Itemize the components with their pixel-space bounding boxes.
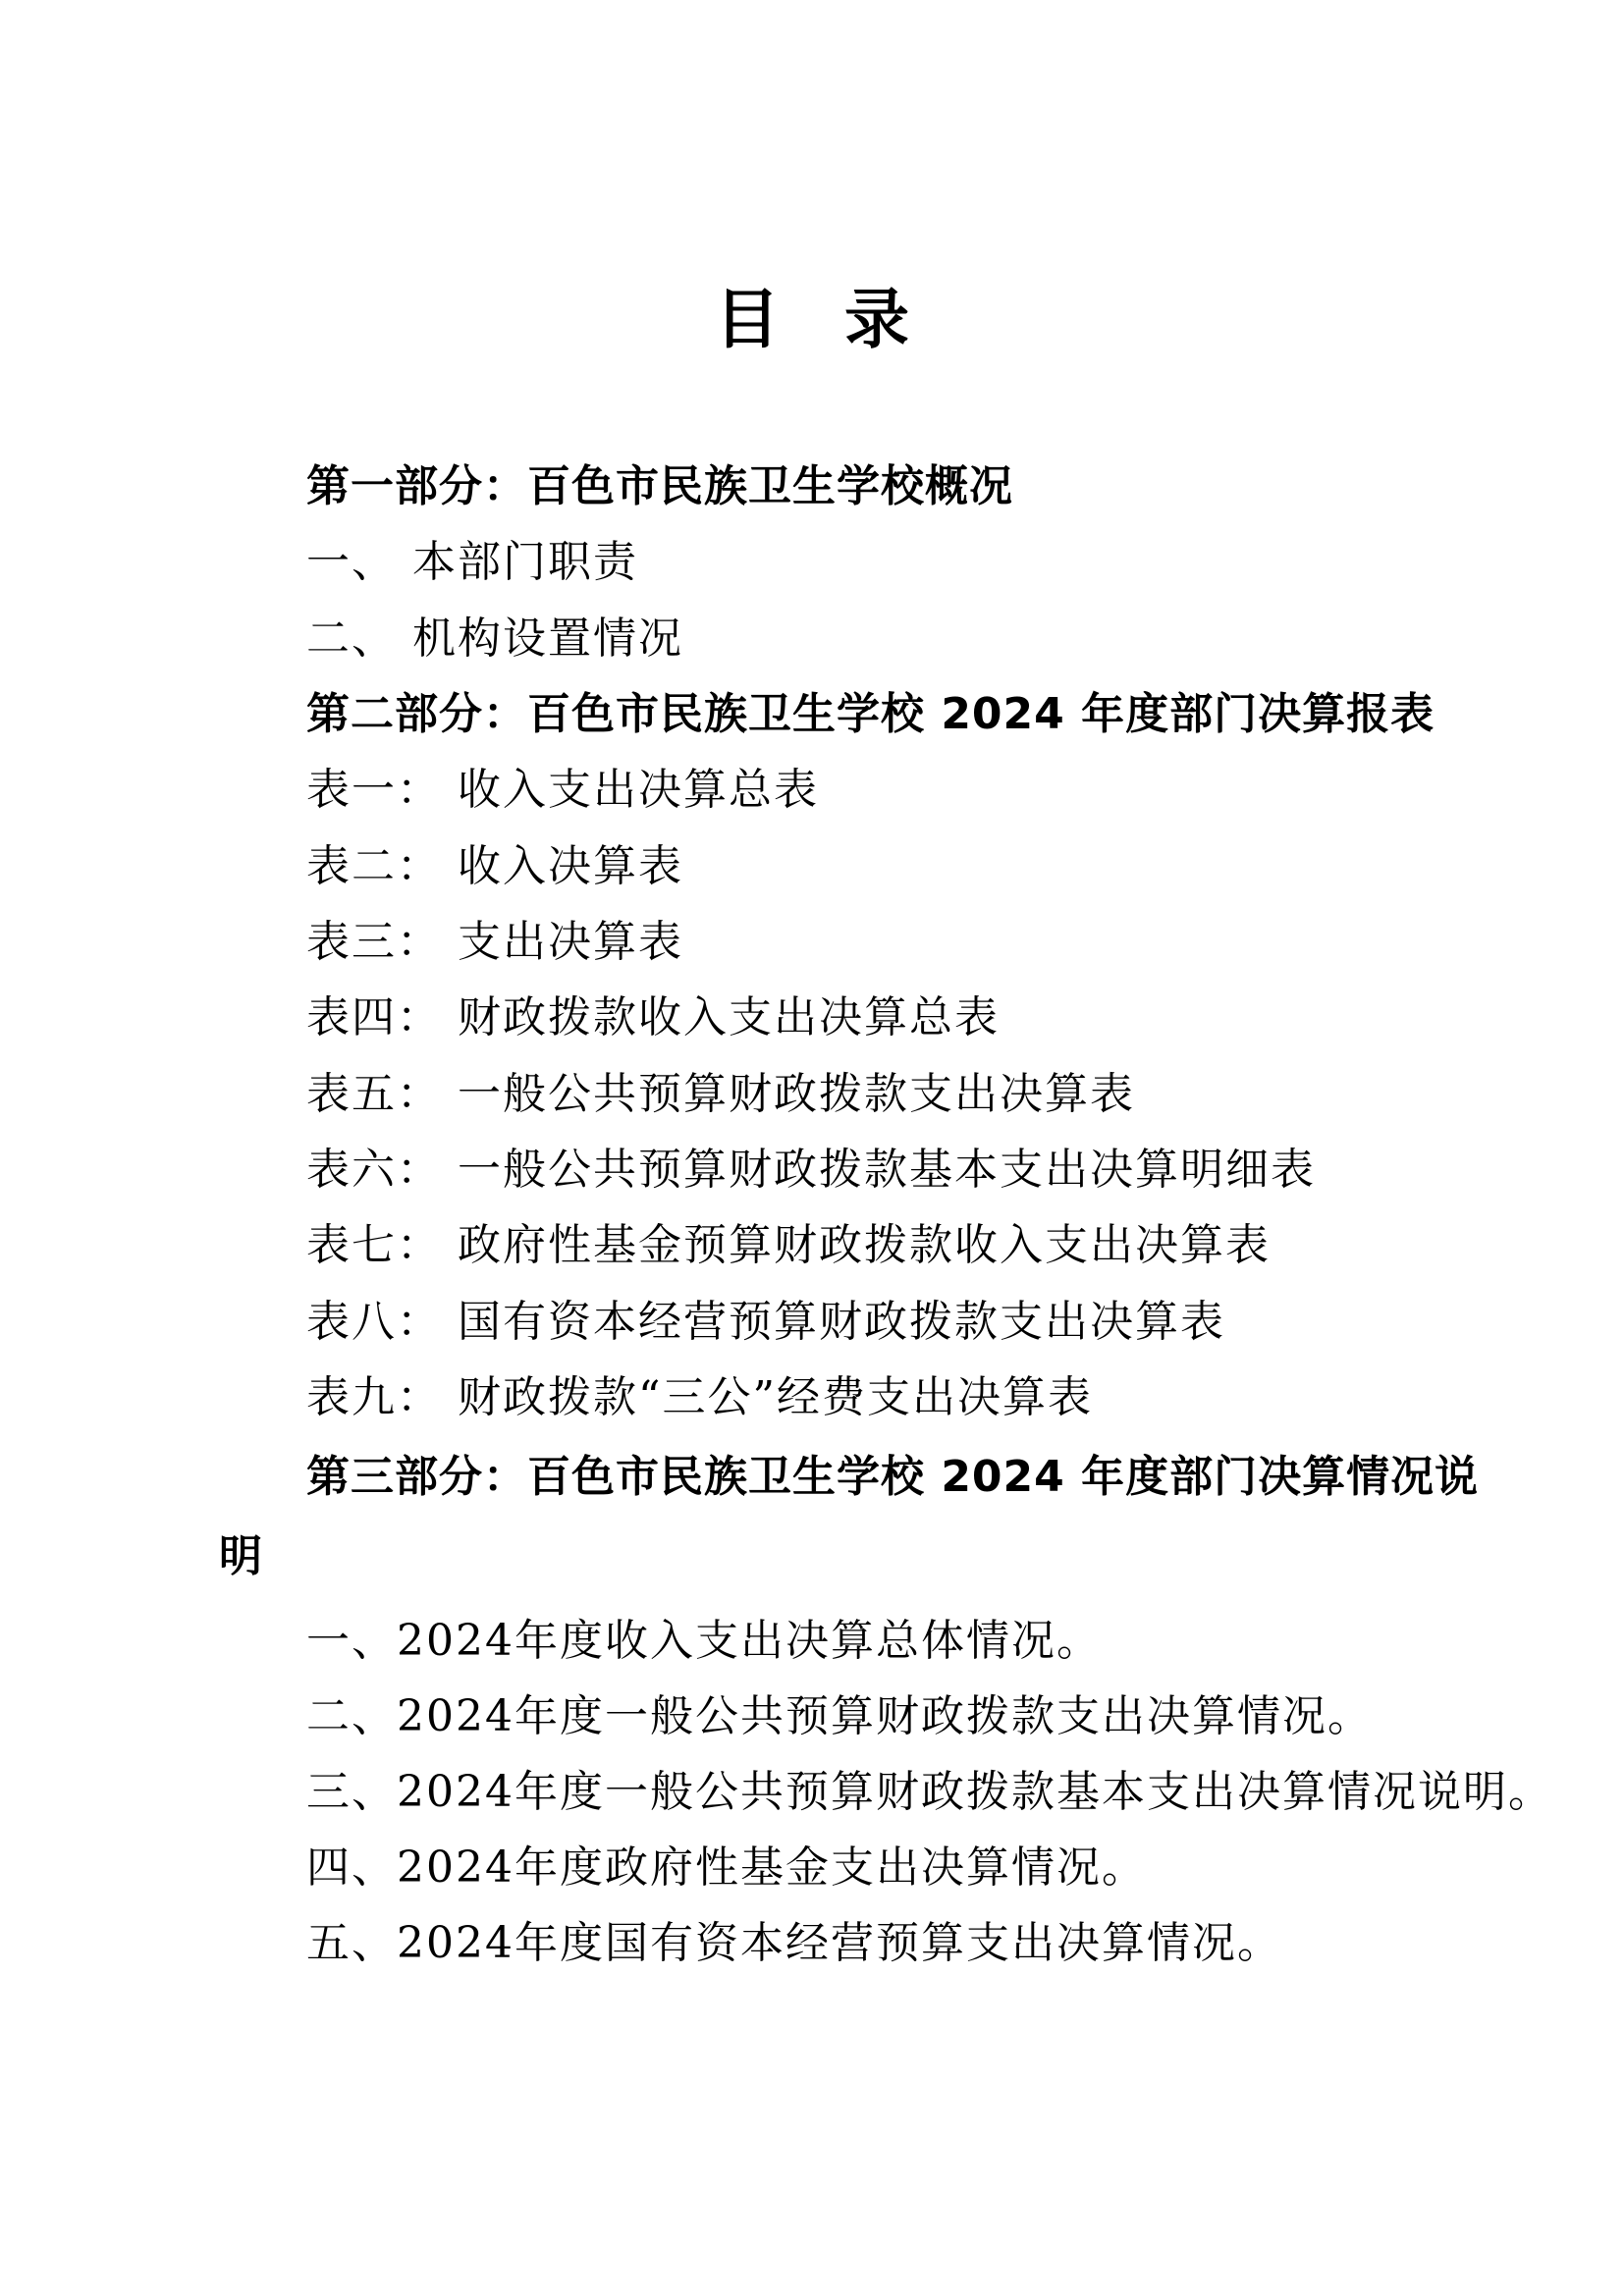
part1-heading: 第一部分：百色市民族卫生学校概况 <box>306 462 1013 511</box>
part2-table-7: 表七： 政府性基金预算财政拨款收入支出决算表 <box>306 1221 1271 1270</box>
part3-item-1: 一、2024年度收入支出决算总体情况。 <box>306 1617 1102 1666</box>
part3-item-2: 二、2024年度一般公共预算财政拨款支出决算情况。 <box>306 1692 1373 1741</box>
part2-table-3: 表三： 支出决算表 <box>306 918 683 967</box>
part2-table-4: 表四： 财政拨款收入支出决算总表 <box>306 993 1000 1042</box>
part3-item-4: 四、2024年度政府性基金支出决算情况。 <box>306 1843 1147 1893</box>
part1-item-duties: 一、 本部门职责 <box>306 538 638 587</box>
part2-table-5: 表五： 一般公共预算财政拨款支出决算表 <box>306 1070 1135 1119</box>
part3-item-5: 五、2024年度国有资本经营预算支出决算情况。 <box>306 1919 1282 1968</box>
part3-heading-line2: 明 <box>219 1532 263 1581</box>
part2-heading: 第二部分：百色市民族卫生学校 2024 年度部门决算报表 <box>306 690 1435 739</box>
part1-item-structure: 二、 机构设置情况 <box>306 614 683 664</box>
toc-title: 目 录 <box>0 285 1624 353</box>
part2-table-9: 表九： 财政拨款“三公”经费支出决算表 <box>306 1373 1093 1422</box>
part2-table-8: 表八： 国有资本经营预算财政拨款支出决算表 <box>306 1298 1225 1347</box>
part3-item-3: 三、2024年度一般公共预算财政拨款基本支出决算情况说明。 <box>306 1768 1553 1817</box>
document-page: 目 录 第一部分：百色市民族卫生学校概况 一、 本部门职责 二、 机构设置情况 … <box>0 0 1624 2296</box>
part3-heading-line1: 第三部分：百色市民族卫生学校 2024 年度部门决算情况说 <box>306 1453 1479 1502</box>
part2-table-2: 表二： 收入决算表 <box>306 842 683 891</box>
part2-table-1: 表一： 收入支出决算总表 <box>306 766 819 815</box>
part2-table-6: 表六： 一般公共预算财政拨款基本支出决算明细表 <box>306 1146 1316 1195</box>
